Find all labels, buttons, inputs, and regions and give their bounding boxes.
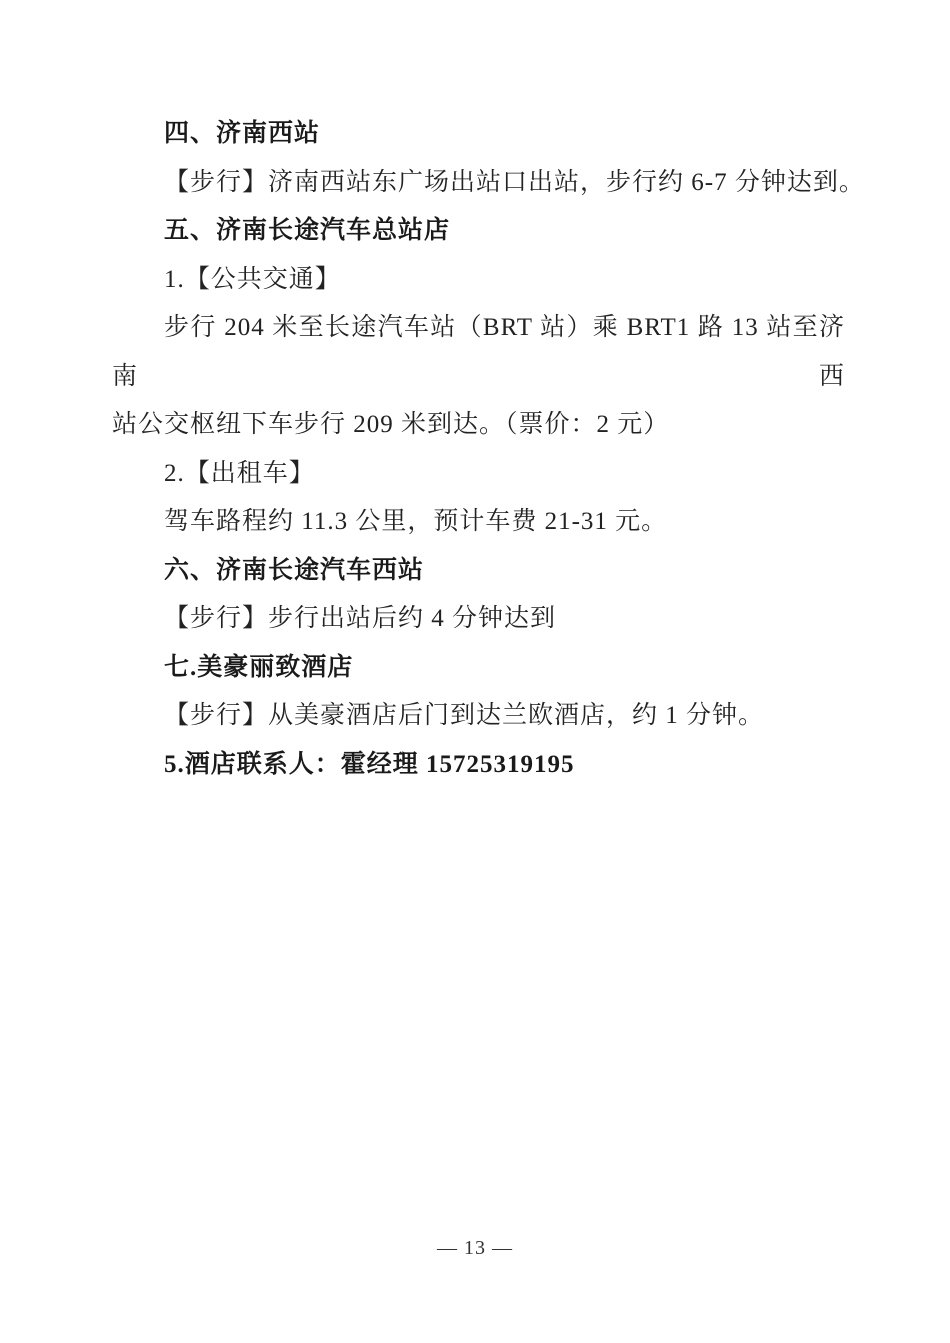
para-bus-route-line-2: 站公交枢纽下车步行 209 米到达。（票价：2 元）	[112, 401, 845, 450]
page-body-text: 四、济南西站 【步行】济南西站东广场出站口出站，步行约 6-7 分钟达到。 五、…	[112, 110, 845, 789]
heading-section-6-longdistance-bus-west-station: 六、济南长途汽车西站	[112, 547, 845, 596]
para-walk-mehood-hotel: 【步行】从美豪酒店后门到达兰欧酒店，约 1 分钟。	[112, 692, 845, 741]
heading-section-5-longdistance-bus-main-station: 五、济南长途汽车总站店	[112, 207, 845, 256]
heading-section-4-jinan-west-station: 四、济南西站	[112, 110, 845, 159]
para-taxi-label: 2.【出租车】	[112, 450, 845, 499]
para-walk-jinan-west-station: 【步行】济南西站东广场出站口出站，步行约 6-7 分钟达到。	[112, 159, 845, 208]
para-walk-bus-west-station: 【步行】步行出站后约 4 分钟达到	[112, 595, 845, 644]
document-page: 四、济南西站 【步行】济南西站东广场出站口出站，步行约 6-7 分钟达到。 五、…	[0, 0, 950, 1343]
page-number: — 13 —	[437, 1237, 513, 1259]
para-taxi-fare: 驾车路程约 11.3 公里，预计车费 21-31 元。	[112, 498, 845, 547]
para-bus-route-line-1: 步行 204 米至长途汽车站（BRT 站）乘 BRT1 路 13 站至济南西	[112, 304, 845, 401]
para-public-transit-label: 1.【公共交通】	[112, 256, 845, 305]
heading-section-7-mehood-hotel: 七.美豪丽致酒店	[112, 644, 845, 693]
para-hotel-contact: 5.酒店联系人：霍经理 15725319195	[112, 741, 845, 790]
page-footer: — 13 —	[0, 1234, 950, 1262]
